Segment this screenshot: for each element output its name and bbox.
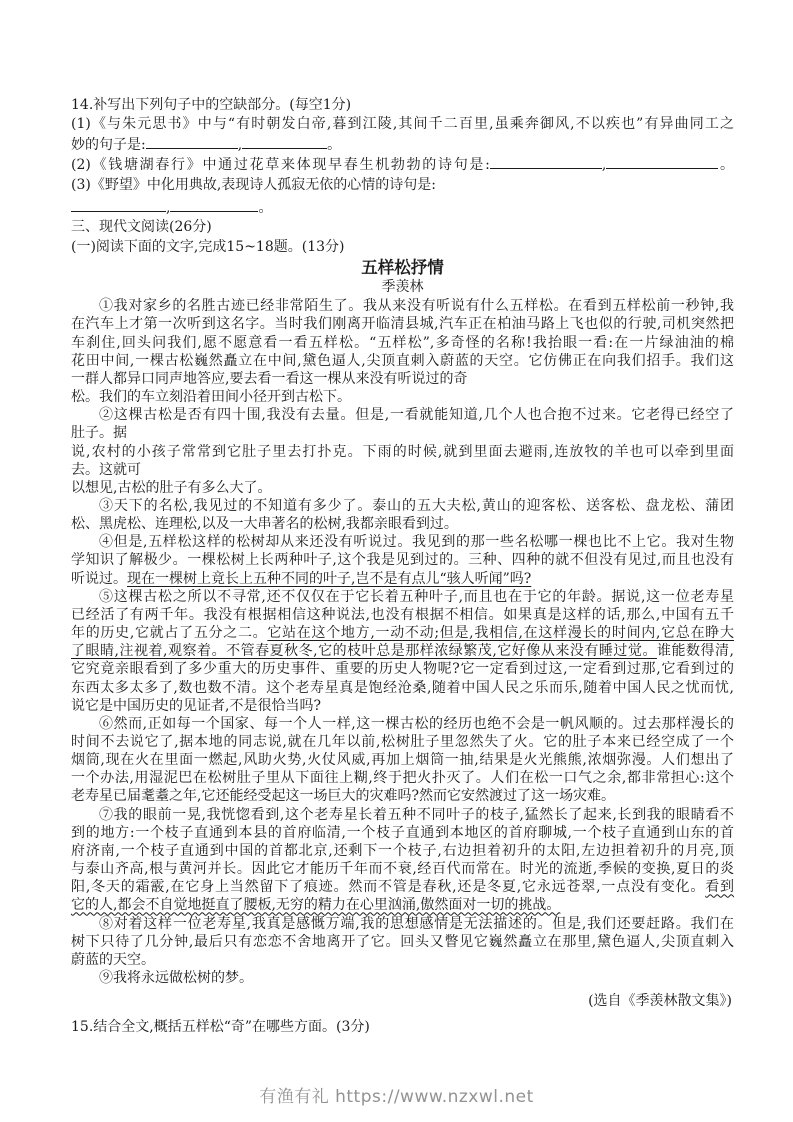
- text-line: 到的地方:一个枝子直通到本县的首府临清,一个枝子直通到本地区的首府聊城,一个枝子…: [71, 824, 734, 842]
- text-line: 树下只待了几分钟,最后只有恋恋不舍地离开了它。回头又瞥见它巍然矗立在那里,黛色逼…: [71, 933, 734, 951]
- underlined-text: 它的人,都会不自觉地挺直了腰板,无穷的精力在心里汹涌,傲然面对一切的挑战。: [71, 897, 560, 913]
- underlined-text: 了眼睛,注视着,观察着。不管春夏秋冬,它的枝叶总是那样浓绿繁茂,它好像从来没有睡…: [71, 643, 657, 659]
- underlined-text: 看到: [705, 879, 734, 895]
- text-segment: ⑨我将永远做松树的梦。: [99, 970, 253, 986]
- text-segment: ④但是,五样松这样的松树却从来还没有听说过。我见到的那一些名松哪一棵也比不上它。…: [99, 534, 734, 550]
- text-line: 府济南,一个枝子直通到中国的首都北京,还剩下一个枝子,右边担着初升的太阳,左边担…: [71, 842, 734, 860]
- text-line: 松。我们的车立刻沿着田间小径开到古松下。: [71, 388, 734, 406]
- text-segment: 东西太多太多了,数也数不清。这个老寿星真是饱经沧桑,随着中国人民之乐而乐,随着中…: [71, 680, 734, 696]
- text-line: 烟筒,现在火在里面一燃起,风助火势,火仗风威,再加上烟筒一抽,结果是火光熊熊,浓…: [71, 751, 734, 769]
- text-segment: 它究竟亲眼看到了多少重大的历史事件、重要的历史人物呢?它一定看到过这,一定看到过…: [71, 661, 734, 677]
- text-line: 松、黑虎松、连理松,以及一大串著名的松树,我都亲眼看到过。: [71, 515, 734, 533]
- text-segment: 以想见,古松的肚子有多么大了。: [71, 480, 271, 496]
- text-line: (3)《野望》中化用典故,表现诗人孤寂无依的心情的诗句是:: [71, 176, 734, 195]
- text-line: 蔚蓝的天空。: [71, 951, 734, 969]
- section-heading: 三、现代文阅读(26分): [71, 218, 734, 237]
- text-line: 在汽车上才第一次听到这名字。当时我们刚离开临清县城,汽车正在柏油马路上飞也似的行…: [71, 315, 734, 333]
- text-segment: ⑥然而,正如每一个国家、每一个人一样,这一棵古松的经历也绝不会是一帆风顺的。过去…: [99, 716, 734, 732]
- text-segment: 时间不去说它了,据本地的同志说,就在几年以前,松树肚子里忽然失了火。它的肚子本来…: [71, 734, 734, 750]
- text-segment: 说,农村的小孩子常常到它肚子里去打扑克。下雨的时候,就到里面去避雨,连放牧的羊也…: [71, 444, 734, 460]
- text-segment: 。: [258, 200, 272, 216]
- answer-blank: [242, 135, 327, 149]
- answer-blank: [71, 198, 166, 212]
- text-line: 已经活了有两千年。我没有根据相信这种说法,也没有根据不相信。如果真是这样的话,那…: [71, 606, 734, 624]
- text-line: 一个办法,用湿泥巴在松树肚子里从下面往上糊,终于把火扑灭了。人们在松一口气之余,…: [71, 769, 734, 787]
- underlined-text: 现在一棵树上竟长上五种不同的叶子,岂不是有点儿“骇人听闻”吗?: [127, 571, 531, 587]
- essay-paragraph: ④但是,五样松这样的松树却从来还没有听说过。我见到的那一些名松哪一棵也比不上它。…: [71, 533, 734, 587]
- text-line: ⑤这棵古松之所以不寻常,还不仅仅在于它长着五种叶子,而且也在于它的年龄。据说,这…: [71, 588, 734, 606]
- text-line: ⑧对着这样一位老寿星,我真是感慨万端,我的思想感情是无法描述的。但是,我们还要赶…: [71, 915, 734, 933]
- text-segment: 年的历史,它就占了五分之二。: [71, 625, 267, 641]
- text-segment: (2)《钱塘湖春行》中通过花草来体现早春生机勃勃的诗句是:: [71, 157, 490, 173]
- text-segment: 花田中间,一棵古松巍然矗立在中间,黛色逼人,尖顶直刺入蔚蓝的天空。它仿佛正在向我…: [71, 353, 734, 369]
- text-segment: ①我对家乡的名胜古迹已经非常陌生了。我从来没有听说有什么五样松。在看到五样松前一…: [99, 298, 734, 314]
- text-line: ,。: [71, 198, 734, 218]
- essay-paragraph: ③天下的名松,我见过的不知道有多少了。泰山的五大夫松,黄山的迎客松、送客松、盘龙…: [71, 497, 734, 533]
- text-line: ⑦我的眼前一晃,我恍惚看到,这个老寿星长着五种不同叶子的枝子,猛然长了起来,长到…: [71, 806, 734, 824]
- text-segment: 烟筒,现在火在里面一燃起,风助火势,火仗风威,再加上烟筒一抽,结果是火光熊熊,浓…: [71, 752, 734, 768]
- section-subheading: (一)阅读下面的文字,完成15~18题。(13分): [71, 238, 734, 257]
- text-segment: 一个办法,用湿泥巴在松树肚子里从下面往上糊,终于把火扑灭了。人们在松一口气之余,…: [71, 770, 734, 786]
- text-segment: ③天下的名松,我见过的不知道有多少了。泰山的五大夫松,黄山的迎客松、送客松、盘龙…: [99, 498, 734, 514]
- question-14-stem: 14.补写出下列句子中的空缺部分。(每空1分): [71, 96, 734, 115]
- text-segment: 说它是中国历史的见证者,不是很恰当吗?: [71, 698, 321, 714]
- text-line: 阳,冬天的霜霰,在它身上当然留下了痕迹。然而不管是春秋,还是冬夏,它永远苍翠,一…: [71, 878, 734, 896]
- text-segment: 树下只待了几分钟,最后只有恋恋不舍地离开了它。回头又瞥见它巍然矗立在那里,黛色逼…: [71, 934, 734, 950]
- text-segment: ⑦我的眼前一晃,我恍惚看到,这个老寿星长着五种不同叶子的枝子,猛然长了起来,长到…: [99, 807, 734, 823]
- text-segment: 。: [718, 157, 734, 173]
- answer-blank: [146, 135, 238, 149]
- text-segment: 去。这就可: [71, 462, 141, 478]
- text-line: 老寿星已届耄耋之年,它还能经受起这一场巨大的灾难吗?然而它安然渡过了这一场灾难。: [71, 787, 734, 805]
- text-segment: 学知识了解极少。一棵松树上长两种叶子,这个我是见到过的。三种、四种的就不但没有见…: [71, 552, 734, 568]
- essay-paragraph: ①我对家乡的名胜古迹已经非常陌生了。我从来没有听说有什么五样松。在看到五样松前一…: [71, 297, 734, 406]
- text-line: ⑥然而,正如每一个国家、每一个人一样,这一棵古松的经历也绝不会是一帆风顺的。过去…: [71, 715, 734, 733]
- text-line: 时间不去说它了,据本地的同志说,就在几年以前,松树肚子里忽然失了火。它的肚子本来…: [71, 733, 734, 751]
- text-segment: 与泰山齐高,根与黄河并长。因此它才能历千年而不衰,经百代而常在。时光的流逝,季候…: [71, 861, 734, 877]
- text-segment: 听说过。: [71, 571, 127, 587]
- text-segment: 已经活了有两千年。我没有根据相信这种说法,也没有根据不相信。如果真是这样的话,那…: [71, 607, 734, 623]
- exam-page: 14.补写出下列句子中的空缺部分。(每空1分) (1)《与朱元思书》中与“有时朝…: [0, 0, 793, 1122]
- text-line: 花田中间,一棵古松巍然矗立在中间,黛色逼人,尖顶直刺入蔚蓝的天空。它仿佛正在向我…: [71, 352, 734, 370]
- text-segment: 肚子。据: [71, 425, 127, 441]
- essay-source: (选自《季羡林散文集》): [71, 992, 734, 1011]
- essay-paragraph: ⑥然而,正如每一个国家、每一个人一样,这一棵古松的经历也绝不会是一帆风顺的。过去…: [71, 715, 734, 806]
- essay-body: ①我对家乡的名胜古迹已经非常陌生了。我从来没有听说有什么五样松。在看到五样松前一…: [71, 297, 734, 987]
- text-line: 说,农村的小孩子常常到它肚子里去打扑克。下雨的时候,就到里面去避雨,连放牧的羊也…: [71, 443, 734, 461]
- text-segment: 松、黑虎松、连理松,以及一大串著名的松树,我都亲眼看到过。: [71, 516, 458, 532]
- essay-paragraph: ⑧对着这样一位老寿星,我真是感慨万端,我的思想感情是无法描述的。但是,我们还要赶…: [71, 915, 734, 969]
- text-line: ①我对家乡的名胜古迹已经非常陌生了。我从来没有听说有什么五样松。在看到五样松前一…: [71, 297, 734, 315]
- text-line: 听说过。现在一棵树上竟长上五种不同的叶子,岂不是有点儿“骇人听闻”吗?: [71, 570, 734, 588]
- text-segment: ②这棵古松是否有四十围,我没有去量。但是,一看就能知道,几个人也合抱不过来。它老…: [99, 407, 734, 423]
- watermark-footer: 有渔有礼 https://www.nzxwl.net: [0, 1082, 793, 1107]
- text-segment: ⑧对着这样一位老寿星,我真是感慨万端,我的思想感情是无法描述的。但是,我们还要赶…: [99, 916, 734, 932]
- text-line: 去。这就可: [71, 461, 734, 479]
- text-segment: 谁能数得清,: [657, 643, 734, 659]
- text-line: 与泰山齐高,根与黄河并长。因此它才能历千年而不衰,经百代而常在。时光的流逝,季候…: [71, 860, 734, 878]
- text-line: 学知识了解极少。一棵松树上长两种叶子,这个我是见到过的。三种、四种的就不但没有见…: [71, 551, 734, 569]
- answer-blank: [606, 155, 718, 169]
- essay-title: 五样松抒情: [71, 258, 734, 278]
- text-line: (1)《与朱元思书》中与“有时朝发白帝,暮到江陵,其间千二百里,虽乘奔御风,不以…: [71, 115, 734, 134]
- text-line: 了眼睛,注视着,观察着。不管春夏秋冬,它的枝叶总是那样浓绿繁茂,它好像从来没有睡…: [71, 642, 734, 660]
- text-segment: 松。我们的车立刻沿着田间小径开到古松下。: [71, 389, 351, 405]
- essay-paragraph: ⑨我将永远做松树的梦。: [71, 969, 734, 987]
- text-line: 以想见,古松的肚子有多么大了。: [71, 479, 734, 497]
- essay-paragraph: ⑦我的眼前一晃,我恍惚看到,这个老寿星长着五种不同叶子的枝子,猛然长了起来,长到…: [71, 806, 734, 915]
- text-segment: 车刹住,回头问我们,愿不愿意看一看五样松。“五样松”,多奇怪的名称!我抬眼一看:…: [71, 335, 734, 351]
- page-content: 14.补写出下列句子中的空缺部分。(每空1分) (1)《与朱元思书》中与“有时朝…: [71, 96, 734, 1038]
- text-line: ③天下的名松,我见过的不知道有多少了。泰山的五大夫松,黄山的迎客松、送客松、盘龙…: [71, 497, 734, 515]
- text-segment: 。: [327, 137, 341, 153]
- text-line: 车刹住,回头问我们,愿不愿意看一看五样松。“五样松”,多奇怪的名称!我抬眼一看:…: [71, 334, 734, 352]
- answer-blank: [170, 198, 258, 212]
- text-line: 东西太多太多了,数也数不清。这个老寿星真是饱经沧桑,随着中国人民之乐而乐,随着中…: [71, 679, 734, 697]
- text-segment: (1)《与朱元思书》中与“有时朝发白帝,暮到江陵,其间千二百里,虽乘奔御风,不以…: [71, 116, 734, 132]
- question-15: 15.结合全文,概括五样松“奇”在哪些方面。(3分): [71, 1018, 734, 1037]
- text-line: (2)《钱塘湖春行》中通过花草来体现早春生机勃勃的诗句是:,。: [71, 155, 734, 175]
- text-segment: 到的地方:一个枝子直通到本县的首府临清,一个枝子直通到本地区的首府聊城,一个枝子…: [71, 825, 734, 841]
- text-line: ②这棵古松是否有四十围,我没有去量。但是,一看就能知道,几个人也合抱不过来。它老…: [71, 406, 734, 424]
- text-segment: 蔚蓝的天空。: [71, 952, 155, 968]
- text-line: 它究竟亲眼看到了多少重大的历史事件、重要的历史人物呢?它一定看到过这,一定看到过…: [71, 660, 734, 678]
- text-line: 年的历史,它就占了五分之二。它站在这个地方,一动不动;但是,我相信,在这样漫长的…: [71, 624, 734, 642]
- text-line: 一群人都异口同声地答应,要去看一看这一棵从来没有听说过的奇: [71, 370, 734, 388]
- text-segment: 在汽车上才第一次听到这名字。当时我们刚离开临清县城,汽车正在柏油马路上飞也似的行…: [71, 316, 734, 332]
- text-line: 它的人,都会不自觉地挺直了腰板,无穷的精力在心里汹涌,傲然面对一切的挑战。: [71, 896, 734, 914]
- text-segment: ⑤这棵古松之所以不寻常,还不仅仅在于它长着五种叶子,而且也在于它的年龄。据说,这…: [99, 589, 734, 605]
- text-line: 妙的句子是:,。: [71, 135, 734, 155]
- essay-paragraph: ⑤这棵古松之所以不寻常,还不仅仅在于它长着五种叶子,而且也在于它的年龄。据说,这…: [71, 588, 734, 715]
- text-segment: 妙的句子是:: [71, 137, 146, 153]
- question-14-block: (1)《与朱元思书》中与“有时朝发白帝,暮到江陵,其间千二百里,虽乘奔御风,不以…: [71, 115, 734, 218]
- text-segment: 阳,冬天的霜霰,在它身上当然留下了痕迹。然而不管是春秋,还是冬夏,它永远苍翠,一…: [71, 879, 705, 895]
- text-line: ④但是,五样松这样的松树却从来还没有听说过。我见到的那一些名松哪一棵也比不上它。…: [71, 533, 734, 551]
- answer-blank: [490, 155, 602, 169]
- text-line: 肚子。据: [71, 424, 734, 442]
- text-segment: 老寿星已届耄耋之年,它还能经受起这一场巨大的灾难吗?然而它安然渡过了这一场灾难。: [71, 788, 615, 804]
- text-line: ⑨我将永远做松树的梦。: [71, 969, 734, 987]
- text-segment: 府济南,一个枝子直通到中国的首都北京,还剩下一个枝子,右边担着初升的太阳,左边担…: [71, 843, 734, 859]
- text-segment: (3)《野望》中化用典故,表现诗人孤寂无依的心情的诗句是:: [71, 177, 436, 193]
- text-segment: 一群人都异口同声地答应,要去看一看这一棵从来没有听说过的奇: [71, 371, 467, 387]
- text-line: 说它是中国历史的见证者,不是很恰当吗?: [71, 697, 734, 715]
- essay-author: 季羡林: [71, 278, 734, 297]
- underlined-text: 它站在这个地方,一动不动;但是,我相信,在这样漫长的时间内,它总在睁大: [267, 625, 734, 641]
- essay-paragraph: ②这棵古松是否有四十围,我没有去量。但是,一看就能知道,几个人也合抱不过来。它老…: [71, 406, 734, 497]
